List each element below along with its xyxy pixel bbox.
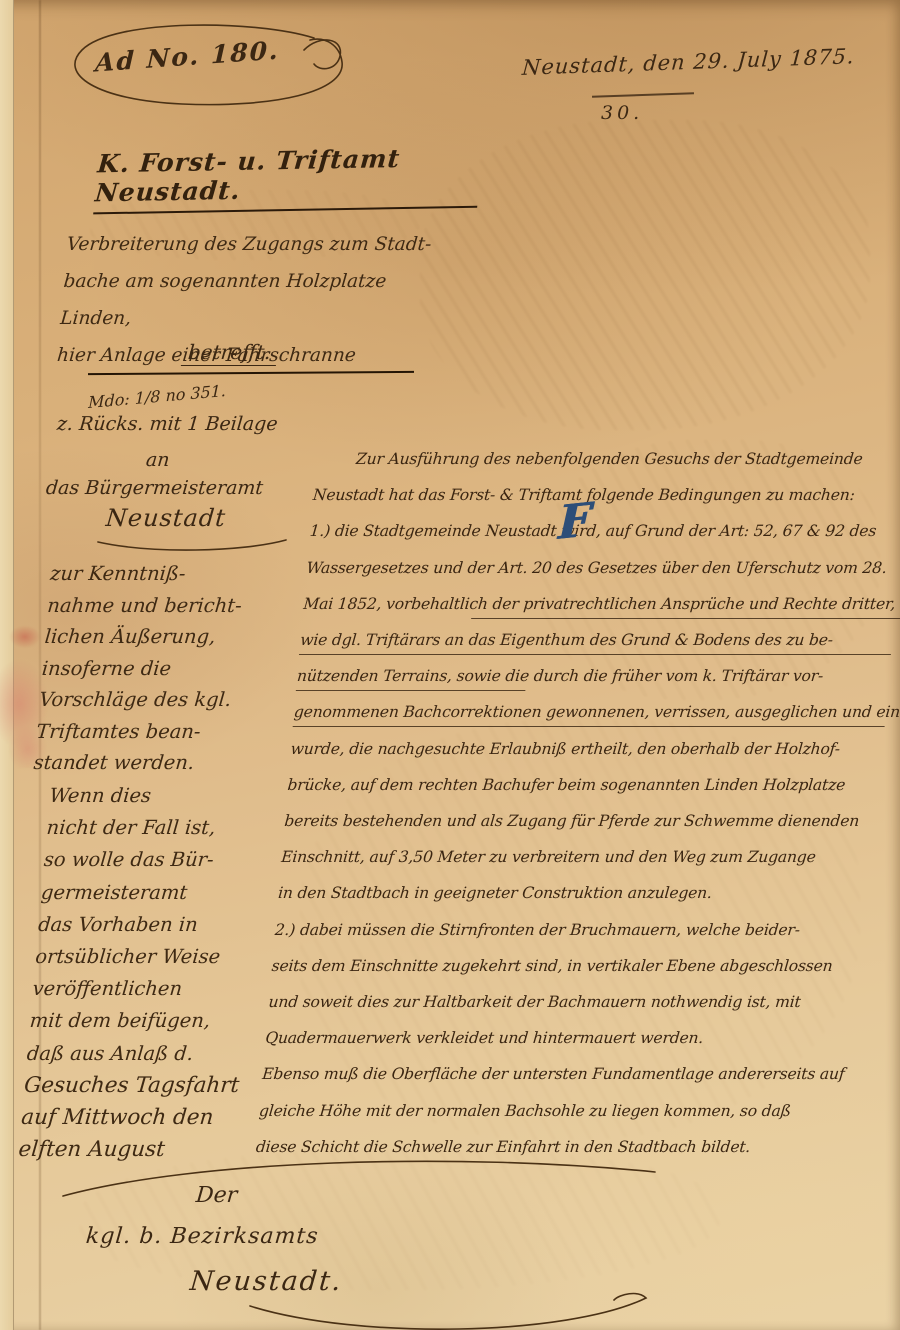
body-line: und soweit dies zur Haltbarkeit der Bach… xyxy=(267,984,874,1020)
margin-place: Neustadt xyxy=(105,504,227,532)
margin-line: zur Kenntniß- xyxy=(49,558,302,590)
body-line: wurde, die nachgesuchte Erlaubniß erthei… xyxy=(289,731,896,767)
dateline: Neustadt, den 29. July 1875. xyxy=(521,44,855,80)
margin-to: an xyxy=(145,449,171,471)
margin-line: insoferne die xyxy=(41,653,294,685)
margin-line: germeisteramt xyxy=(40,877,293,909)
margin-line: standet werden. xyxy=(32,747,285,779)
body-line: nützenden Terrains, sowie die durch die … xyxy=(296,658,900,694)
body-line: wie dgl. Triftärars an das Eigenthum des… xyxy=(299,622,900,658)
closing-office: kgl. b. Bezirksamts xyxy=(85,1224,320,1249)
body-line: Neustadt hat das Forst- & Triftamt folge… xyxy=(311,477,900,513)
closing-swash-top xyxy=(55,1146,675,1202)
body-line: in den Stadtbach in geeigneter Construkt… xyxy=(276,875,883,911)
margin-line: Gesuches Tagsfahrt xyxy=(23,1070,276,1102)
margin-line: ortsüblicher Weise xyxy=(34,941,287,973)
margin-line: nicht der Fall ist, xyxy=(45,812,298,844)
body-line: Mai 1852, vorbehaltlich der privatrechtl… xyxy=(302,586,900,622)
body-line: Wassergesetzes und der Art. 20 des Geset… xyxy=(305,550,900,586)
dateline-underline xyxy=(592,92,694,98)
margin-memo: Mdo: 1/8 no 351. xyxy=(88,381,226,412)
body-line: 1.) die Stadtgemeinde Neustadt wird, auf… xyxy=(308,513,900,549)
margin-line: nahme und bericht- xyxy=(46,590,299,622)
margin-line: veröffentlichen xyxy=(31,973,284,1005)
body-line: Zur Ausführung des nebenfolgenden Gesuch… xyxy=(315,441,900,477)
body-line: bereits bestehenden und als Zugang für P… xyxy=(283,803,890,839)
page-edge-strip xyxy=(0,0,14,1330)
body-line: Quadermauerwerk verkleidet und hintermau… xyxy=(264,1020,871,1056)
subject-line: Verbreiterung des Zugangs zum Stadt- xyxy=(65,226,440,263)
margin-line: Triftamtes bean- xyxy=(35,716,288,748)
margin-line: daß aus Anlaß d. xyxy=(26,1038,279,1070)
subject-keyword: betrefft. xyxy=(181,340,278,366)
body-line: Einschnitt, auf 3,50 Meter zu verbreiter… xyxy=(280,839,887,875)
body-line: brücke, auf dem rechten Bachufer beim so… xyxy=(286,767,893,803)
body-line: gleiche Höhe mit der normalen Bachsohle … xyxy=(257,1093,864,1129)
body-line: genommenen Bachcorrektionen gewonnenen, … xyxy=(292,694,899,730)
closing-salutation: Der xyxy=(195,1183,238,1208)
margin-instruction-1: zur Kenntniß- nahme und bericht- lichen … xyxy=(32,558,301,779)
recipient-heading: K. Forst- u. Triftamt Neustadt. xyxy=(93,143,483,215)
margin-line: das Vorhaben in xyxy=(37,909,290,941)
body-line: 2.) dabei müssen die Stirnfronten der Br… xyxy=(273,912,880,948)
margin-line: Vorschläge des kgl. xyxy=(38,684,291,716)
blue-insertion-mark: F xyxy=(557,492,591,550)
manuscript-page: Ad No. 180. Neustadt, den 29. July 1875.… xyxy=(0,0,900,1330)
margin-line: auf Mittwoch den xyxy=(20,1102,273,1134)
margin-office: das Bürgermeisteramt xyxy=(45,477,264,499)
margin-line: mit dem beifügen, xyxy=(28,1005,281,1037)
margin-line: so wolle das Bür- xyxy=(42,844,295,876)
margin-line: Wenn dies xyxy=(48,780,301,812)
margin-place-swash xyxy=(92,534,292,556)
subject-line: bache am sogenannten Holzplatze Linden, xyxy=(59,263,437,337)
body-line: Ebenso muß die Oberfläche der untersten … xyxy=(261,1056,868,1092)
margin-line: lichen Äußerung, xyxy=(43,621,296,653)
bleedthrough-texture xyxy=(420,120,870,430)
page-number: 30. xyxy=(601,102,643,124)
closing-swash-bottom xyxy=(238,1288,668,1330)
body-line: seits dem Einschnitte zugekehrt sind, in… xyxy=(270,948,877,984)
margin-return-note: z. Rücks. mit 1 Beilage xyxy=(56,413,279,435)
body-text: Zur Ausführung des nebenfolgenden Gesuch… xyxy=(254,441,900,1165)
